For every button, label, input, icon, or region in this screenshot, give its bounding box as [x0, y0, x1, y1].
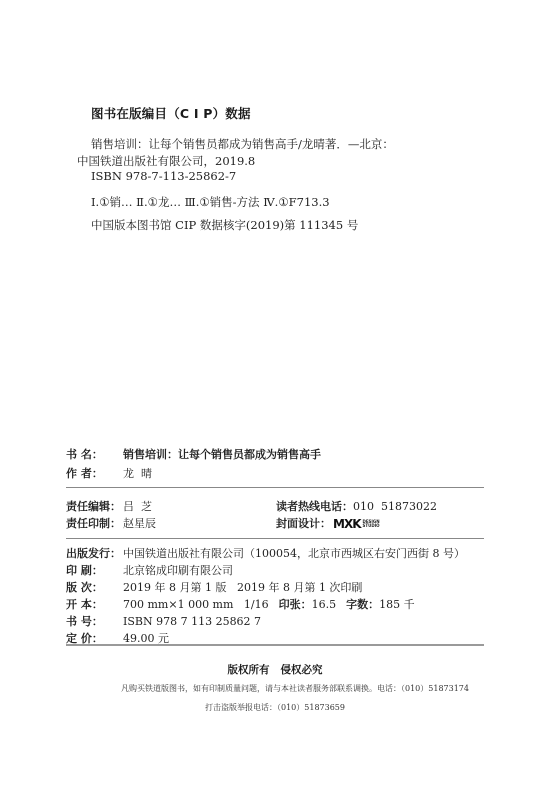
format-row: 开 本： 700 mm×1 000 mm 1/16印张：16.5字数：185 千	[66, 596, 415, 612]
format-label: 开 本：	[66, 596, 123, 612]
editor-value: 吕 芝	[123, 498, 152, 514]
cip-heading: 图书在版编目（C I P）数据	[91, 104, 251, 122]
anti-piracy-hotline: 打击盗版举报电话：（010）51873659	[0, 702, 550, 713]
word-count-label: 字数：	[346, 598, 379, 611]
printer-row: 印 刷： 北京铭成印刷有限公司	[66, 562, 233, 578]
edition-row: 版 次： 2019 年 8 月第 1 版 2019 年 8 月第 1 次印刷	[66, 579, 362, 595]
book-title-value: 销售培训：让每个销售员都成为销售高手	[123, 446, 321, 462]
edition-label: 版 次：	[66, 579, 123, 595]
print-manager-label: 责任印制：	[66, 515, 123, 531]
word-count-value: 185 千	[379, 596, 415, 612]
editor-row: 责任编辑：吕 芝	[66, 498, 152, 514]
book-author-row: 作 者： 龙 晴	[66, 465, 152, 481]
printer-label: 印 刷：	[66, 562, 123, 578]
cip-entry-publisher: 中国铁道出版社有限公司，2019.8	[77, 153, 255, 169]
print-manager-value: 赵星辰	[123, 515, 156, 531]
book-title-label: 书 名：	[66, 446, 123, 462]
cover-design-row: 封面设计： MXK DESIGN STUDIO	[276, 515, 380, 531]
edition-value: 2019 年 8 月第 1 版 2019 年 8 月第 1 次印刷	[123, 579, 362, 595]
design-studio-logo: MXK DESIGN STUDIO	[333, 517, 380, 531]
publisher-label: 出版发行：	[66, 545, 123, 561]
book-title-row: 书 名： 销售培训：让每个销售员都成为销售高手	[66, 446, 321, 462]
print-manager-row: 责任印制：赵星辰	[66, 515, 156, 531]
editor-label: 责任编辑：	[66, 498, 123, 514]
cip-entry-record-number: 中国版本图书馆 CIP 数据核字(2019)第 111345 号	[91, 217, 358, 233]
isbn-row: 书 号： ISBN 978 7 113 25862 7	[66, 613, 261, 629]
reader-hotline-label: 读者热线电话：	[276, 498, 353, 514]
sheets-label: 印张：	[279, 598, 312, 611]
sheets-value: 16.5	[312, 598, 337, 611]
cip-entry-isbn: ISBN 978-7-113-25862-7	[91, 169, 236, 183]
format-value: 700 mm×1 000 mm 1/16	[123, 598, 269, 611]
isbn-label: 书 号：	[66, 613, 123, 629]
reader-hotline-row: 读者热线电话：010 51873022	[276, 498, 437, 514]
quality-service-notice: 凡购买铁道版图书，如有印制质量问题，请与本社读者服务部联系调换。电话：（010）…	[0, 683, 550, 694]
book-author-value: 龙 晴	[123, 465, 152, 481]
book-author-label: 作 者：	[66, 465, 123, 481]
publisher-value: 中国铁道出版社有限公司（100054，北京市西城区右安门西街 8 号）	[123, 545, 465, 561]
copyright-notice: 版权所有 侵权必究	[0, 662, 550, 677]
reader-hotline-value: 010 51873022	[353, 500, 437, 513]
cip-entry-classification: Ⅰ.①销… Ⅱ.①龙… Ⅲ.①销售-方法 Ⅳ.①F713.3	[91, 194, 330, 210]
printer-value: 北京铭成印刷有限公司	[123, 562, 233, 578]
divider-middle	[66, 538, 484, 539]
divider-bottom	[66, 644, 484, 646]
isbn-value: ISBN 978 7 113 25862 7	[123, 615, 261, 628]
cip-entry-title: 销售培训：让每个销售员都成为销售高手/龙晴著．—北京：	[91, 136, 394, 152]
divider-top	[66, 487, 484, 488]
cover-design-label: 封面设计：	[276, 515, 331, 531]
publisher-row: 出版发行：中国铁道出版社有限公司（100054，北京市西城区右安门西街 8 号）	[66, 545, 465, 561]
